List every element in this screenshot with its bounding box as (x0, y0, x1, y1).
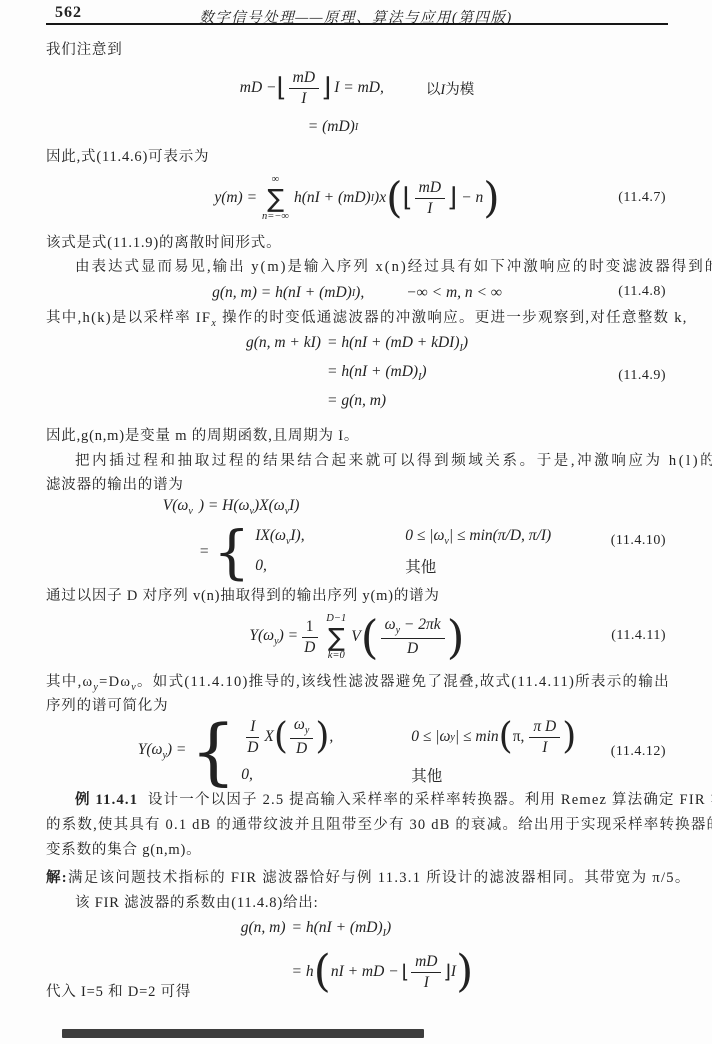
equation-number: (11.4.9) (618, 368, 666, 384)
solution-paragraph-line1: 解:满足该问题技术指标的 FIR 滤波器恰好与例 11.3.1 所设计的滤波器相… (46, 866, 670, 890)
paragraph-text: 设计一个以因子 2.5 提高输入采样率的采样率转换器。利用 Remez 算法确定… (148, 792, 712, 808)
math-rhs: = h(nI + (mD)I) (292, 916, 474, 939)
paragraph-text: 。如式(11.4.10)推导的,该线性滤波器避免了混叠,故式(11.4.11)所… (137, 674, 670, 690)
math-lhs: y(m) = (214, 189, 257, 207)
sigma-symbol: ∑ (267, 186, 284, 211)
math-rhs: = h(nI + (mD + kDI)I) (327, 334, 468, 354)
case-condition: 其他 (405, 555, 551, 577)
math-term: Y(ω (249, 627, 274, 644)
equation-number: (11.4.12) (611, 744, 666, 760)
equation-11-4-10: V(ωv ) = H(ωv)X(ωvI) = { IX(ωvI), 0 ≤ |ω… (46, 495, 668, 577)
equation-11-4-7: y(m) = ∞∑n=−∞ h(nI + (mD)I)x ( ⌊ mDI ⌋ −… (46, 170, 668, 226)
math-term: Y(ω (138, 741, 163, 758)
math-term: 0 ≤ |ω (411, 728, 450, 746)
math-lhs: g(n, m + kI) (246, 334, 321, 354)
math-term: )x (374, 189, 386, 207)
subscript: I (355, 122, 358, 133)
equation-number: (11.4.11) (611, 628, 666, 644)
fraction: ID (243, 718, 262, 757)
paragraph-intro: 我们注意到 (46, 38, 670, 62)
fraction: mDI (289, 69, 319, 108)
case-condition: 0 ≤ |ωy| ≤ min ( π, π DI ) (411, 718, 576, 757)
equation-11-4-11: Y(ωy) = 1D D−1∑k=0 V ( ωy − 2πkD ) (11.4… (46, 606, 668, 668)
fraction-denominator: I (538, 738, 551, 757)
example-paragraph-line2: 的系数,使其具有 0.1 dB 的通带纹波并且阻带至少有 30 dB 的衰减。给… (46, 813, 670, 837)
spacer (246, 363, 321, 383)
paragraph-combine-line2: 滤波器的输出的谱为 (46, 473, 670, 497)
math-term: − n (461, 189, 483, 207)
note-text: 为模 (445, 82, 474, 98)
math-term: ), (355, 284, 364, 302)
paragraph-where-hk: 其中,h(k)是以采样率 IFx 操作的时变低通滤波器的冲激响应。更进一步观察到… (46, 306, 670, 336)
fraction-numerator: I (246, 718, 259, 738)
math-term: I = mD, (334, 79, 384, 97)
math-lhs: g(n, m) (241, 916, 286, 937)
example-label: 例 11.4.1 (75, 792, 138, 808)
math-lhs: V(ωv (163, 495, 193, 517)
fraction-denominator: D (243, 738, 262, 757)
paragraph-text: 其中,ω (46, 674, 93, 690)
paragraph-text: 其中,h(k)是以采样率 IF (46, 310, 211, 326)
math-term: 0 ≤ |ω (405, 527, 444, 544)
sum-lower-limit: k=0 (328, 650, 345, 662)
sum-lower-limit: n=−∞ (262, 211, 289, 223)
paragraph-decimate: 通过以因子 D 对序列 v(n)抽取得到的输出序列 y(m)的谱为 (46, 584, 670, 608)
math-term: | ≤ min (455, 728, 499, 746)
paragraph-text: 满足该问题技术指标的 FIR 滤波器恰好与例 11.3.1 所设计的滤波器相同。… (68, 870, 691, 886)
math-term: I), (290, 527, 304, 544)
fraction: ωy − 2πkD (381, 616, 445, 657)
math-term: V (351, 628, 360, 646)
math-term: ω (385, 616, 396, 633)
note-text: 以 (426, 82, 441, 98)
paragraph-text: 操作的时变低通滤波器的冲激响应。更进一步观察到,对任意整数 k, (217, 310, 688, 326)
sigma-symbol: ∑ (328, 625, 345, 650)
fraction-numerator: mD (415, 179, 445, 199)
fraction-denominator: I (297, 89, 310, 108)
cases-group: = { IX(ωvI), 0 ≤ |ωv| ≤ min(π/D, π/I) 0,… (199, 527, 551, 577)
math-term: ) = H(ω (199, 497, 250, 514)
paragraph-combine-line1: 把内插过程和抽取过程的结果结合起来就可以得到频域关系。于是,冲激响应为 h(l)… (46, 449, 670, 473)
math-term: mD − (240, 79, 277, 97)
fraction-denominator: D (292, 739, 311, 758)
math-term: | ≤ min(π/D, π/I) (449, 527, 551, 544)
paragraph-obvious: 由表达式显而易见,输出 y(m)是输入序列 x(n)经过具有如下冲激响应的时变滤… (46, 255, 670, 279)
math-condition: −∞ < m, n < ∞ (406, 284, 502, 302)
math-term: X (264, 728, 273, 746)
fraction-numerator: ωy − 2πk (381, 616, 445, 639)
math-term: , (329, 728, 333, 746)
mod-note: 以I为模 (426, 78, 474, 99)
paragraph-therefore: 因此,式(11.4.6)可表示为 (46, 145, 670, 169)
math-term: ) (386, 919, 391, 936)
spacer (246, 392, 321, 410)
case-condition: 其他 (411, 764, 576, 786)
math-term: ) = (279, 627, 299, 644)
equals-sign: = (199, 543, 209, 561)
equation-11-4-8: g(n, m) = h(nI + (mD)I), −∞ < m, n < ∞ (… (46, 281, 668, 305)
summation: ∞∑n=−∞ (262, 174, 289, 222)
fraction-numerator: ωy (290, 716, 313, 739)
paragraph-text: =Dω (99, 674, 131, 690)
math-term: I) (289, 497, 299, 514)
paragraph-substitute: 代入 I=5 和 D=2 可得 (46, 980, 670, 1004)
subscript: y (305, 725, 309, 736)
case-value: 0, (241, 766, 411, 784)
fraction-denominator: D (300, 638, 319, 657)
case-value: ID X ( ωyD ) , (241, 716, 411, 757)
example-paragraph-line1: 例 11.4.1 设计一个以因子 2.5 提高输入采样率的采样率转换器。利用 R… (46, 788, 670, 812)
subscript: v (188, 506, 192, 517)
fraction-numerator: mD (289, 69, 319, 89)
fraction-numerator: mD (411, 953, 441, 973)
math-term: = (mD) (308, 118, 355, 136)
math-lhs: Y(ωy) = (249, 627, 298, 647)
equation-number: (11.4.10) (611, 533, 666, 549)
math-term: IX(ω (255, 527, 286, 544)
equation-11-4-9: g(n, m + kI) = h(nI + (mD + kDI)I) = h(n… (46, 334, 668, 410)
fraction: mDI (415, 179, 445, 218)
math-term: h(nI + (mD) (294, 189, 371, 207)
math-term: ω (294, 716, 305, 733)
scan-artifact-bar (62, 1029, 424, 1038)
fraction: 1D (300, 618, 319, 657)
fraction-denominator: I (423, 199, 436, 218)
math-term: )X(ω (254, 497, 285, 514)
case-value: 0, (255, 557, 405, 575)
case-value: IX(ωvI), (255, 527, 405, 547)
example-paragraph-line3: 变系数的集合 g(n,m)。 (46, 838, 670, 862)
solution-label: 解: (46, 870, 68, 886)
fraction-numerator: 1 (302, 618, 318, 638)
fraction: ωyD (290, 716, 313, 757)
fraction: π DI (529, 718, 560, 757)
math-term: = h (292, 963, 314, 981)
equation-number: (11.4.7) (618, 190, 666, 206)
math-rhs: ) = H(ωv)X(ωvI) (199, 495, 551, 517)
header-rule (46, 23, 668, 25)
math-term: π, (513, 728, 525, 746)
equation-11-4-12: Y(ωy) = { ID X ( ωyD ) , 0 ≤ |ωy| ≤ min … (46, 716, 668, 786)
math-rhs: = h(nI + (mD)I) (327, 363, 468, 383)
math-term: ) (421, 363, 426, 380)
math-term: = h(nI + (mD) (327, 363, 418, 380)
fraction-numerator: π D (529, 718, 560, 738)
summation: D−1∑k=0 (326, 613, 346, 661)
math-lhs: Y(ωy) = (138, 741, 187, 761)
book-page: 562 数字信号处理——原理、算法与应用(第四版) 我们注意到 mD − ⌊ m… (0, 0, 712, 1044)
paragraph-periodic: 因此,g(n,m)是变量 m 的周期函数,且周期为 I。 (46, 424, 670, 448)
math-term: ) (463, 334, 468, 351)
equation-mod: mD − ⌊ mDI ⌋ I = mD, 以I为模 (46, 66, 668, 110)
math-term: nI + mD − (331, 963, 399, 981)
equation-number: (11.4.8) (618, 284, 666, 300)
solution-paragraph-line2: 该 FIR 滤波器的系数由(11.4.8)给出: (46, 891, 670, 915)
math-term: g(n, m) = h(nI + (mD) (212, 284, 352, 302)
paragraph-discrete: 该式是式(11.1.9)的离散时间形式。 (46, 231, 670, 255)
fraction-denominator: D (403, 639, 422, 658)
math-term: ) = (167, 741, 187, 758)
case-condition: 0 ≤ |ωv| ≤ min(π/D, π/I) (405, 527, 551, 547)
math-term: = h(nI + (mD) (292, 919, 383, 936)
math-term: = h(nI + (mD + kDI) (327, 334, 460, 351)
math-rhs: = g(n, m) (327, 392, 468, 410)
math-term: − 2πk (400, 616, 441, 633)
equation-mod-line2: = (mD)I (22, 118, 644, 136)
paragraph-omega-line2: 序列的谱可简化为 (46, 694, 670, 718)
math-term: V(ω (163, 497, 189, 514)
